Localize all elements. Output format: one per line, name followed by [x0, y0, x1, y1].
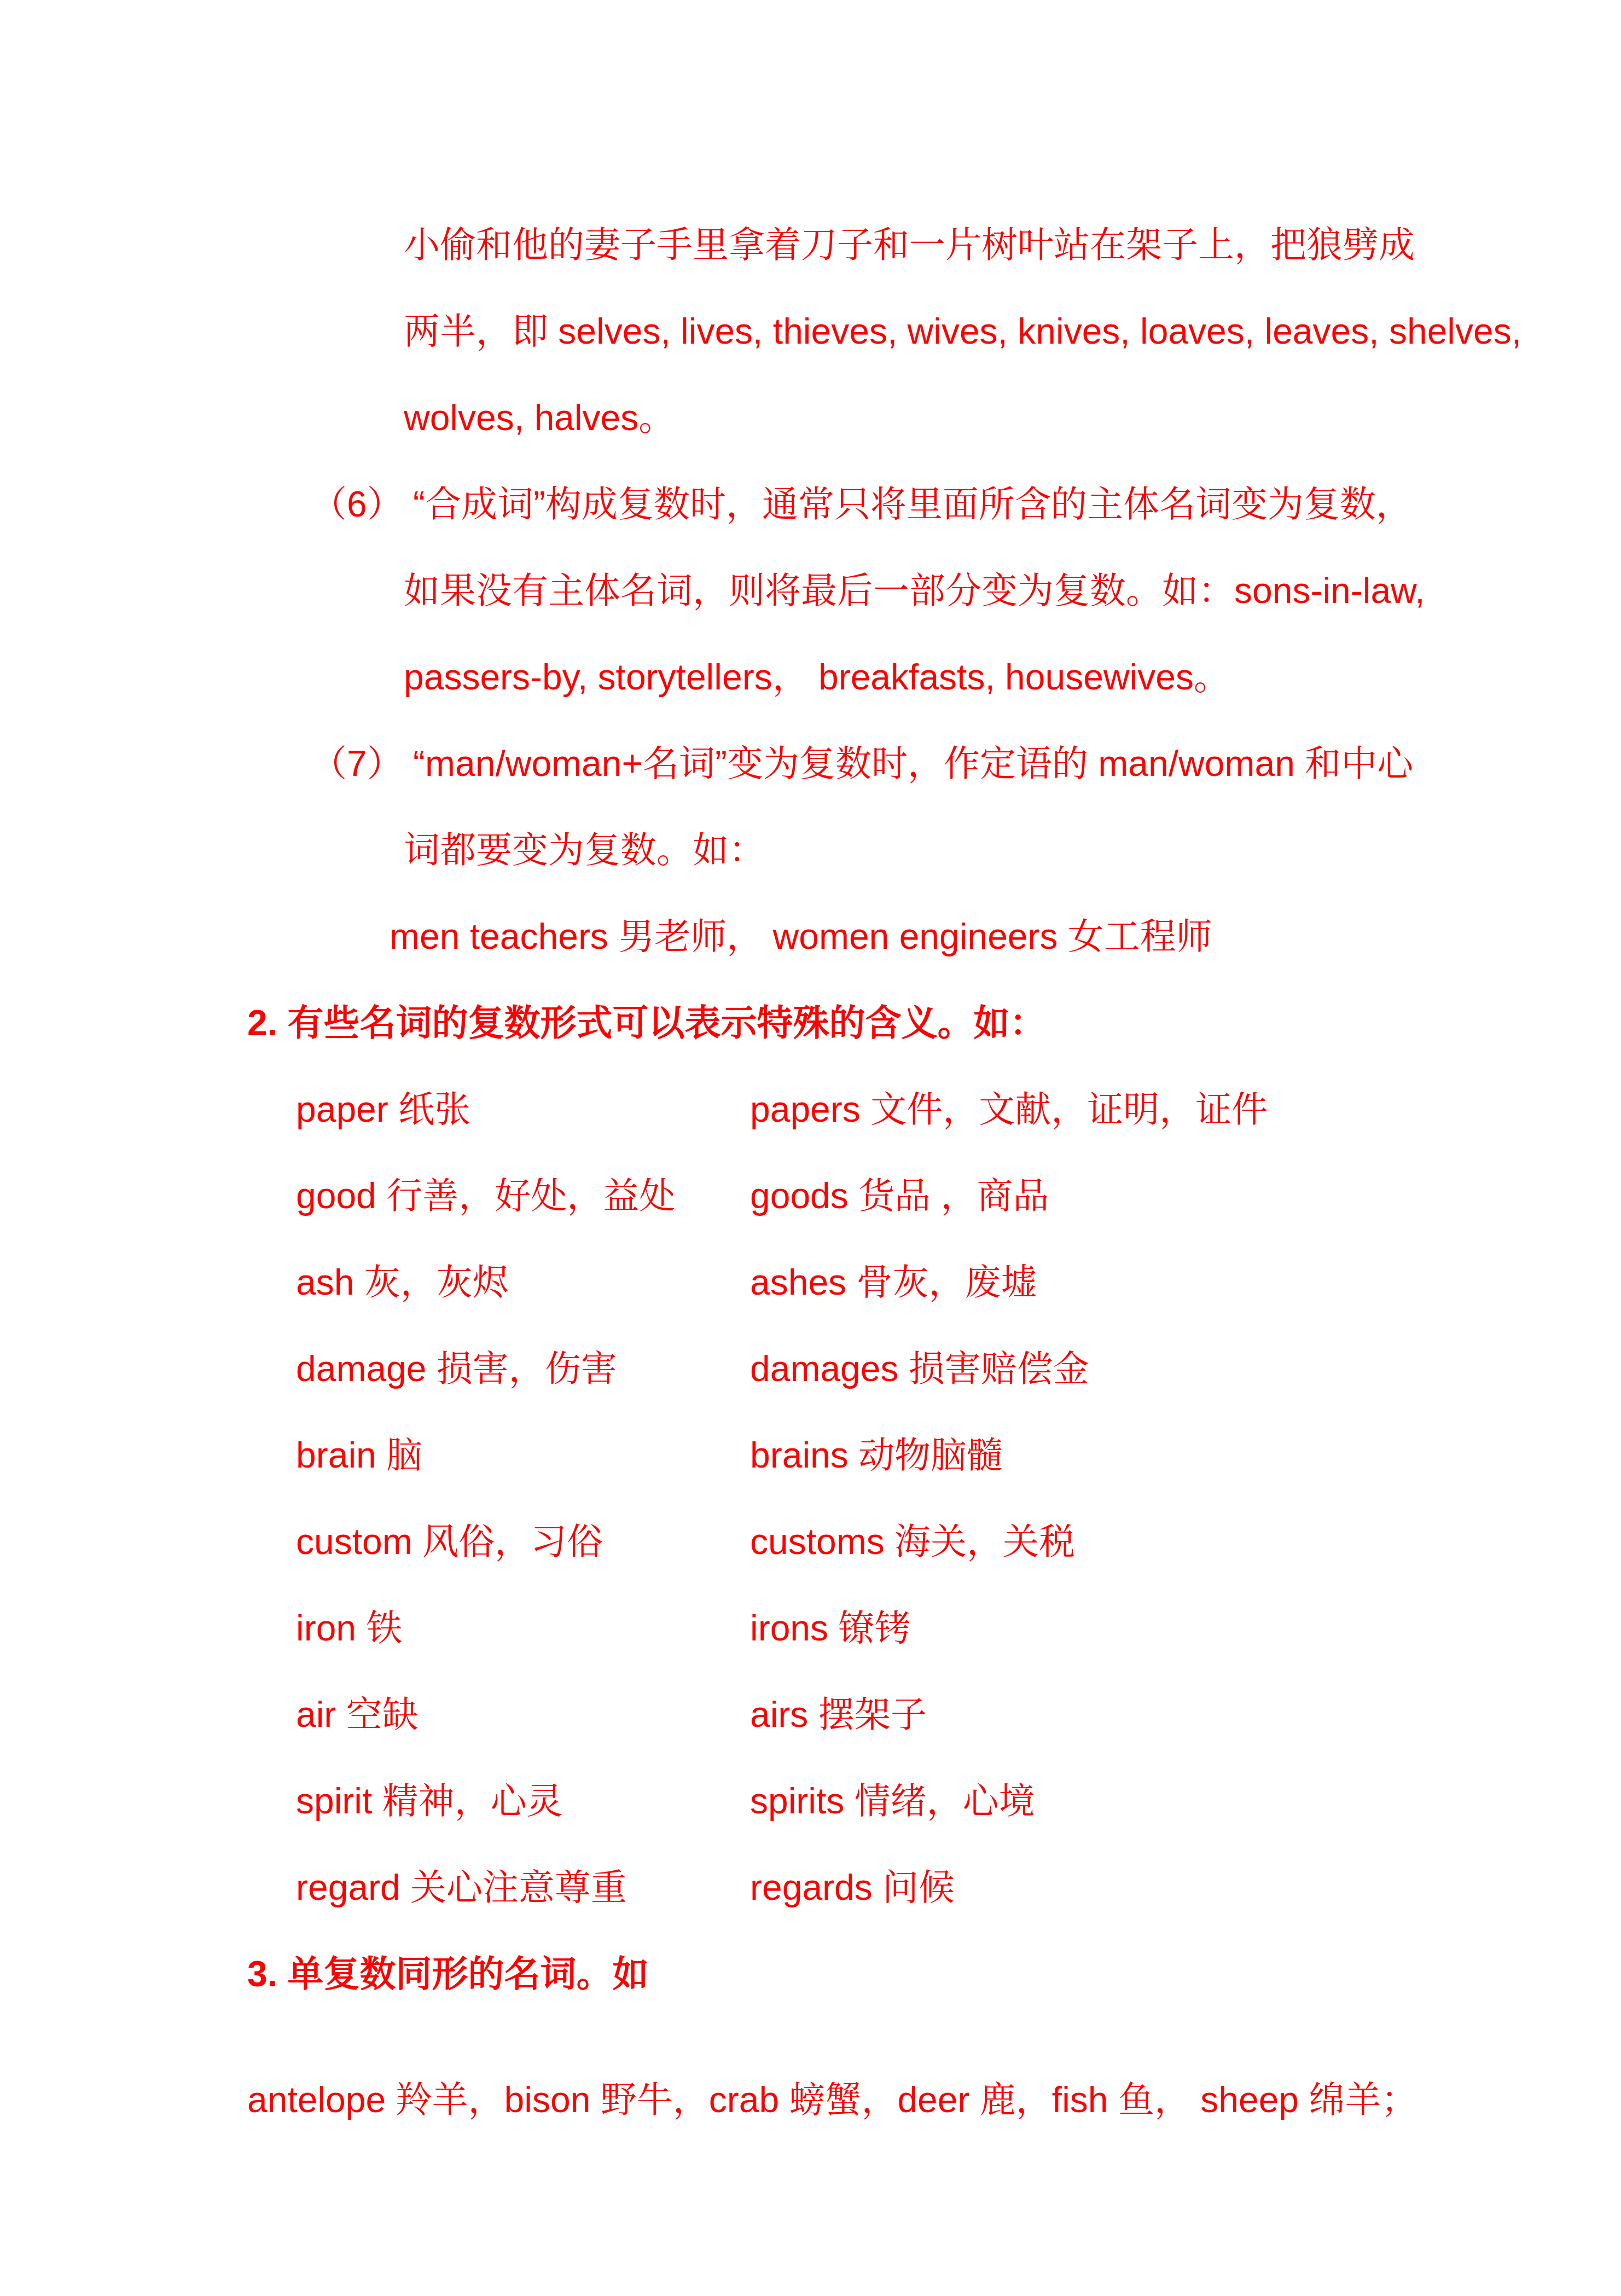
- vocab-row-ash: ash 灰，灰烬ashes 骨灰，废墟: [296, 1239, 1621, 1325]
- vocab-singular: air 空缺: [296, 1671, 750, 1758]
- vocab-row-paper: paper 纸张papers 文件，文献，证明，证件: [296, 1066, 1621, 1152]
- section3-line-1: antelope 羚羊，bison 野牛，crab 螃蟹，deer 鹿，fish…: [247, 2056, 1621, 2143]
- item6-line-1: （6） “合成词”构成复数时，通常只将里面所含的主体名词变为复数，: [311, 461, 1621, 547]
- vocab-plural: brains 动物脑髓: [750, 1435, 1003, 1475]
- vocab-singular: spirit 精神，心灵: [296, 1758, 750, 1844]
- vocab-plural: papers 文件，文献，证明，证件: [750, 1089, 1268, 1129]
- vocab-plural: customs 海关，关税: [750, 1521, 1075, 1562]
- vocab-plural: irons 镣铐: [750, 1608, 910, 1648]
- para5-line-3: wolves, halves。: [404, 374, 1621, 461]
- para5-line-2: 两半，即 selves, lives, thieves, wives, kniv…: [404, 288, 1621, 374]
- vocab-plural: airs 摆架子: [750, 1694, 927, 1735]
- vocab-plural: damages 损害赔偿金: [750, 1348, 1089, 1389]
- vocab-row-regard: regard 关心注意尊重regards 问候: [296, 1844, 1621, 1930]
- vocab-row-air: air 空缺airs 摆架子: [296, 1671, 1621, 1758]
- document-body: 小偷和他的妻子手里拿着刀子和一片树叶站在架子上，把狼劈成 两半，即 selves…: [0, 201, 1621, 2143]
- section2-heading: 2. 有些名词的复数形式可以表示特殊的含义。如：: [247, 979, 1621, 1066]
- vocab-plural: goods 货品 ，商品: [750, 1175, 1049, 1216]
- vocab-row-damage: damage 损害，伤害damages 损害赔偿金: [296, 1325, 1621, 1412]
- vocab-plural: regards 问候: [750, 1867, 955, 1907]
- vocab-plural: spirits 情绪，心境: [750, 1781, 1035, 1821]
- section3-heading: 3. 单复数同形的名词。如: [247, 1930, 1621, 2017]
- item7-example: men teachers 男老师， women engineers 女工程师: [390, 893, 1621, 979]
- vocab-plural: ashes 骨灰，废墟: [750, 1262, 1037, 1302]
- vocab-singular: custom 风俗，习俗: [296, 1498, 750, 1585]
- item6-line-3: passers-by, storytellers， breakfasts, ho…: [404, 634, 1621, 720]
- vocab-singular: ash 灰，灰烬: [296, 1239, 750, 1325]
- vocab-row-spirit: spirit 精神，心灵spirits 情绪，心境: [296, 1758, 1621, 1844]
- vocab-row-brain: brain 脑brains 动物脑髓: [296, 1412, 1621, 1498]
- vocab-row-iron: iron 铁irons 镣铐: [296, 1585, 1621, 1671]
- item7-line-1: （7） “man/woman+名词”变为复数时，作定语的 man/woman 和…: [311, 720, 1621, 807]
- vocab-singular: good 行善，好处，益处: [296, 1152, 750, 1239]
- vocab-row-good: good 行善，好处，益处goods 货品 ，商品: [296, 1152, 1621, 1239]
- vocab-singular: regard 关心注意尊重: [296, 1844, 750, 1930]
- vocab-singular: brain 脑: [296, 1412, 750, 1498]
- vocab-singular: damage 损害，伤害: [296, 1325, 750, 1412]
- item7-line-2: 词都要变为复数。如：: [404, 807, 1621, 893]
- vocab-row-custom: custom 风俗，习俗customs 海关，关税: [296, 1498, 1621, 1585]
- para5-line-1: 小偷和他的妻子手里拿着刀子和一片树叶站在架子上，把狼劈成: [404, 201, 1621, 288]
- document-page: { "page": { "background": "#ffffff", "te…: [0, 0, 1621, 2296]
- vocab-singular: iron 铁: [296, 1585, 750, 1671]
- item6-line-2: 如果没有主体名词，则将最后一部分变为复数。如：sons-in-law,: [404, 547, 1621, 634]
- vocab-singular: paper 纸张: [296, 1066, 750, 1152]
